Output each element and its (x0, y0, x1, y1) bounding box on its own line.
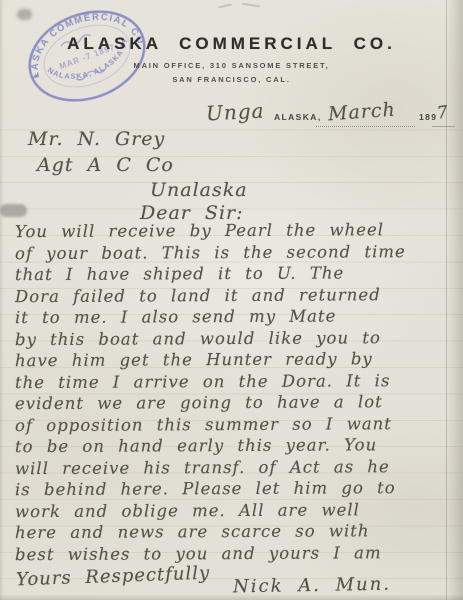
body-line: here and news are scarce so with (15, 521, 455, 545)
letter-body: You will receive by Pearl the wheel of y… (15, 221, 455, 565)
body-line: of your boat. This is the second time (15, 241, 455, 265)
scanned-letter-page: ALASKA COMMERCIAL CO. UNALASKA, ALASKA T… (0, 0, 463, 600)
dateline-printed-state: ALASKA, (274, 112, 322, 122)
scan-edge-shadow (447, 0, 463, 600)
body-line: have him get the Hunter ready by (15, 349, 455, 373)
body-line: by this boat and would like you to (15, 327, 455, 351)
closing: Yours Respectfully (16, 563, 211, 591)
body-line: You will receive by Pearl the wheel (15, 220, 455, 244)
recipient-title: Agt A C Co (37, 154, 174, 176)
body-line: of opposition this summer so I want (15, 413, 455, 437)
company-name: ALASKA COMMERCIAL CO. (0, 34, 463, 54)
body-line: the time I arrive on the Dora. It is (15, 370, 455, 394)
body-line: evident we are going to have a lot (15, 392, 455, 416)
faint-pencil-mark (218, 2, 278, 12)
body-line: is behind here. Please let him go to (15, 478, 455, 502)
dateline-underline (316, 126, 415, 127)
recipient-place: Unalaska (150, 179, 248, 201)
scan-edge-shadow (0, 0, 4, 600)
scan-smudge (0, 204, 27, 217)
body-line: to be on hand early this year. You (15, 435, 455, 459)
city-line: SAN FRANCISCO, CAL. (0, 75, 463, 84)
body-line: that I have shiped it to U. The (15, 263, 455, 287)
body-line: Dora failed to land it and returned (15, 284, 455, 308)
dateline-place-handwritten: Unga (205, 98, 265, 125)
body-line: will receive his transf. of Act as he (15, 456, 455, 480)
body-line: best wishes to you and yours I am (15, 542, 455, 566)
body-line: work and oblige me. All are well (15, 499, 455, 523)
main-office-line: MAIN OFFICE, 310 SANSOME STREET, (0, 61, 463, 70)
dateline-printed-year: 189 (419, 112, 437, 122)
scan-edge-shadow (0, 594, 463, 600)
dateline-month-handwritten: March (327, 99, 396, 126)
letterhead: ALASKA COMMERCIAL CO. MAIN OFFICE, 310 S… (0, 34, 463, 84)
scan-smudge (17, 9, 32, 20)
body-line: it to me. I also send my Mate (15, 306, 455, 330)
recipient-name: Mr. N. Grey (28, 128, 165, 150)
